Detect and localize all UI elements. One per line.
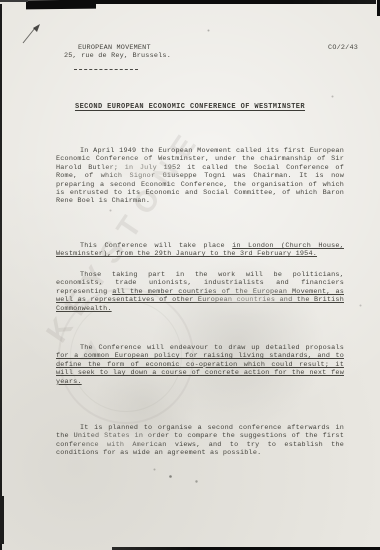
scan-edge-bottom-left bbox=[0, 496, 4, 544]
typewritten-text-layer: EUROPEAN MOVEMENT 25, rue de Rey, Brusse… bbox=[0, 0, 380, 550]
paragraph-objectives-underlined: for a common European policy for raising… bbox=[56, 352, 344, 385]
paragraph-history: In April 1949 the European Movement call… bbox=[56, 147, 344, 206]
paragraph-venue-date: This Conference will take place in Londo… bbox=[56, 242, 344, 259]
paragraph-participants: Those taking part in the work will be po… bbox=[56, 271, 344, 313]
scanned-document-page: KEYSTONE EUROPEAN MOVEMENT 25, rue de Re… bbox=[0, 0, 380, 550]
page-title-text: SECOND EUROPEAN ECONOMIC CONFERENCE OF W… bbox=[75, 103, 305, 111]
letterhead-divider-rule bbox=[74, 69, 138, 70]
paragraph-objectives-lead: The Conference will endeavour to draw up… bbox=[80, 344, 344, 352]
paragraph-venue-date-lead: This Conference will take place bbox=[80, 242, 232, 250]
paragraph-objectives: The Conference will endeavour to draw up… bbox=[56, 344, 344, 386]
scan-edge-left bbox=[0, 4, 2, 550]
scan-edge-top-thin bbox=[88, 0, 376, 4]
page-title: SECOND EUROPEAN ECONOMIC CONFERENCE OF W… bbox=[0, 103, 380, 111]
letterhead-address: 25, rue de Rey, Brussels. bbox=[64, 52, 171, 60]
reference-number: CO/2/43 bbox=[298, 44, 358, 52]
paragraph-us-followup: It is planned to organise a second confe… bbox=[56, 424, 344, 458]
scan-edge-top-thick bbox=[26, 0, 96, 9]
scan-edge-top-left bbox=[0, 0, 28, 2]
